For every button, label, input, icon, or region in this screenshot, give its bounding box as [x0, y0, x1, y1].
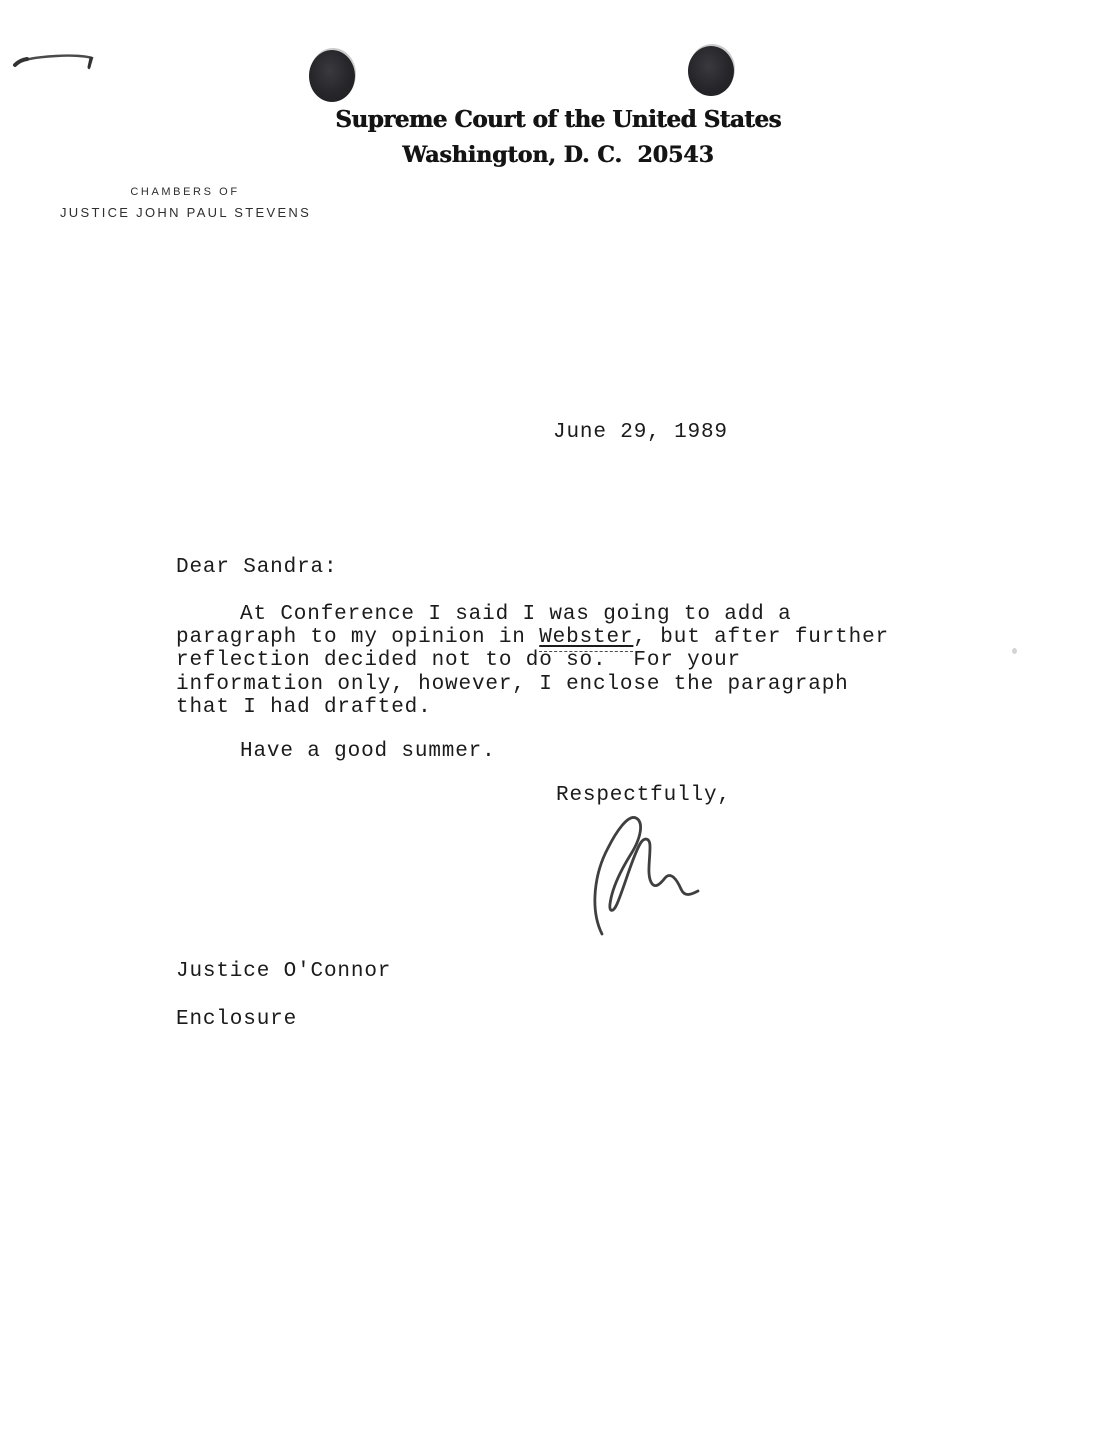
- enclosure-note: Enclosure: [176, 1008, 297, 1031]
- body-text: paragraph to my opinion in: [176, 626, 539, 649]
- letterhead-court-name: Supreme Court of the United States: [278, 106, 838, 133]
- letterhead: Supreme Court of the United States Washi…: [278, 106, 838, 168]
- body-text: , but after further: [633, 626, 889, 649]
- punch-hole-icon: [688, 46, 734, 96]
- scan-speck: [1012, 648, 1017, 654]
- body-line: reflection decided not to do so. For you…: [176, 649, 889, 672]
- body-line: information only, however, I enclose the…: [176, 673, 889, 696]
- body-paragraph-2: Have a good summer.: [240, 740, 496, 763]
- signature-icon: [560, 810, 710, 940]
- recipient-name: Justice O'Connor: [176, 960, 391, 983]
- body-paragraph-1: At Conference I said I was going to add …: [176, 603, 889, 719]
- punch-hole-icon: [309, 50, 355, 102]
- salutation: Dear Sandra:: [176, 556, 337, 579]
- letterhead-city-line: Washington, D. C. 20543: [278, 142, 838, 168]
- body-line: At Conference I said I was going to add …: [176, 603, 889, 626]
- justice-name-label: JUSTICE JOHN PAUL STEVENS: [60, 205, 310, 220]
- body-line: that I had drafted.: [176, 696, 889, 719]
- letter-date: June 29, 1989: [553, 421, 728, 444]
- body-line: paragraph to my opinion in Webster, but …: [176, 626, 889, 649]
- valediction: Respectfully,: [556, 784, 731, 807]
- staple-icon: [12, 46, 100, 76]
- case-name-webster: Webster: [539, 626, 633, 652]
- letter-page: Supreme Court of the United States Washi…: [0, 0, 1110, 1434]
- chambers-block: CHAMBERS OF JUSTICE JOHN PAUL STEVENS: [60, 186, 310, 220]
- chambers-of-label: CHAMBERS OF: [60, 186, 310, 198]
